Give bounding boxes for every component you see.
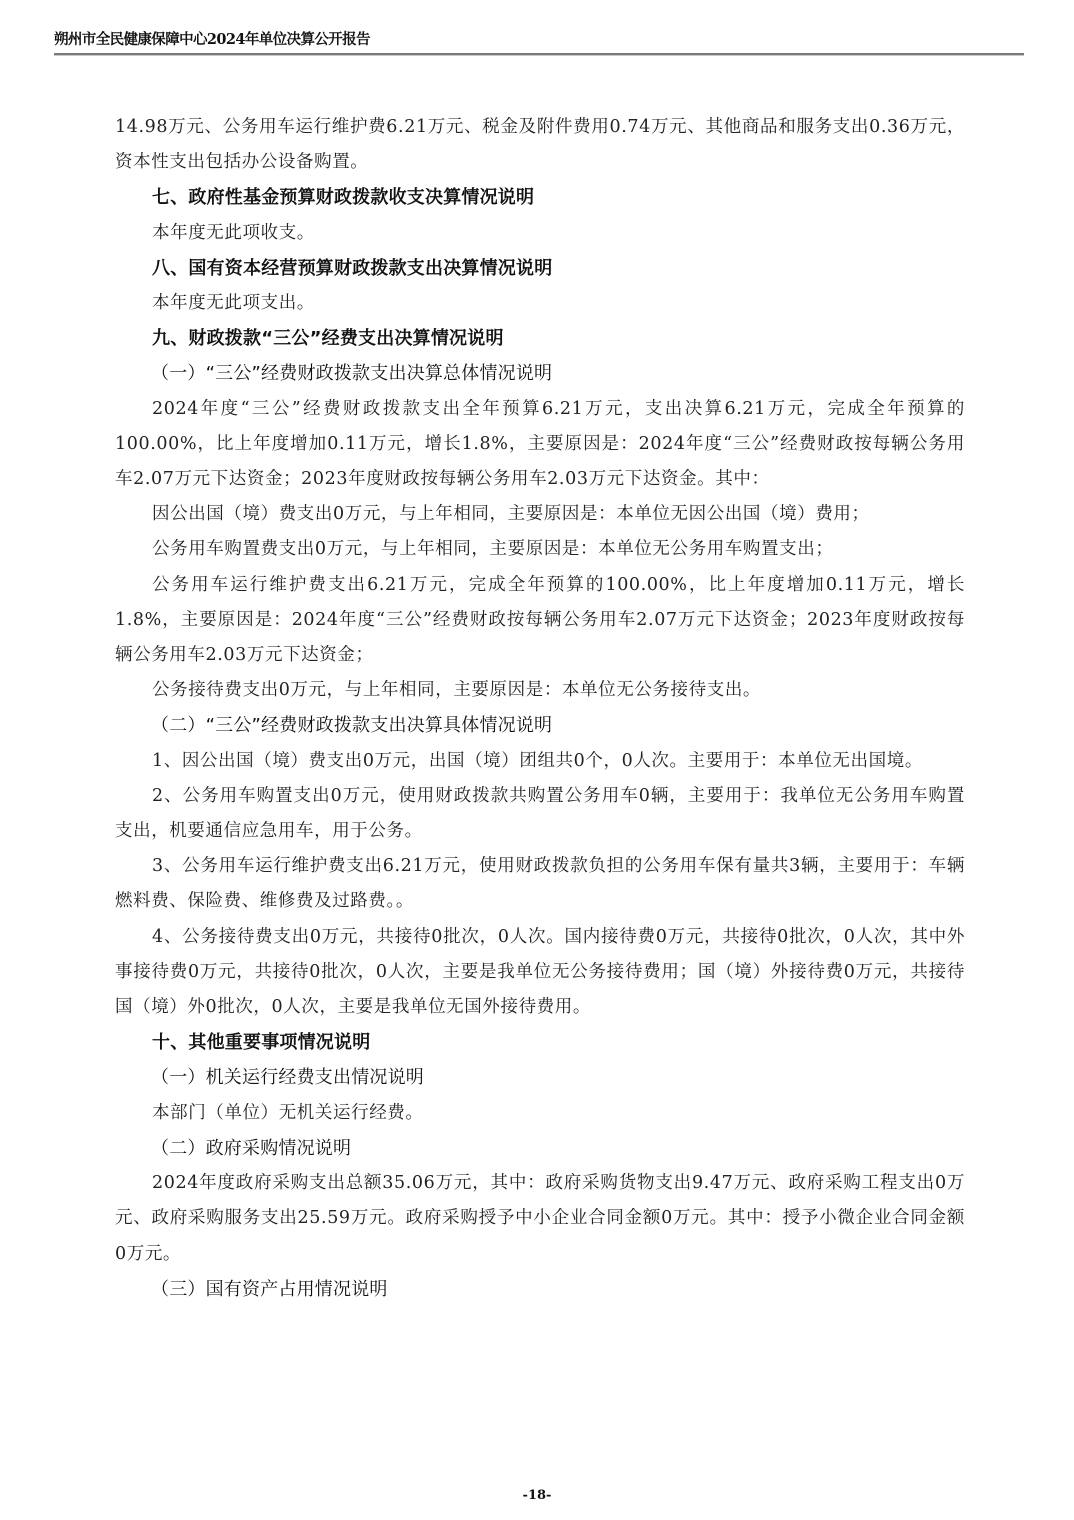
subsection-heading: （一）机关运行经费支出情况说明 bbox=[115, 1060, 965, 1095]
section-heading-8: 八、国有资本经营预算财政拨款支出决算情况说明 bbox=[115, 251, 965, 286]
subsection-heading: （二）“三公”经费财政拨款支出决算具体情况说明 bbox=[115, 708, 965, 743]
report-title: 朔州市全民健康保障中心2024年单位决算公开报告 bbox=[54, 30, 1024, 50]
paragraph: 本部门（单位）无机关运行经费。 bbox=[115, 1096, 965, 1131]
page-number: -18- bbox=[0, 1488, 1074, 1503]
running-header: 朔州市全民健康保障中心2024年单位决算公开报告 bbox=[54, 30, 1024, 56]
paragraph: 公务用车运行维护费支出6.21万元，完成全年预算的100.00%，比上年度增加0… bbox=[115, 568, 965, 674]
paragraph: 2024年度政府采购支出总额35.06万元，其中：政府采购货物支出9.47万元、… bbox=[115, 1166, 965, 1272]
header-divider bbox=[54, 53, 1024, 56]
paragraph: 因公出国（境）费支出0万元，与上年相同，主要原因是：本单位无因公出国（境）费用； bbox=[115, 497, 965, 532]
section-heading-7: 七、政府性基金预算财政拨款收支决算情况说明 bbox=[115, 180, 965, 215]
section-heading-10: 十、其他重要事项情况说明 bbox=[115, 1025, 965, 1060]
list-item: 4、公务接待费支出0万元，共接待0批次，0人次。国内接待费0万元，共接待0批次，… bbox=[115, 920, 965, 1026]
list-item: 3、公务用车运行维护费支出6.21万元，使用财政拨款负担的公务用车保有量共3辆，… bbox=[115, 849, 965, 919]
list-item: 2、公务用车购置支出0万元，使用财政拨款共购置公务用车0辆，主要用于：我单位无公… bbox=[115, 779, 965, 849]
paragraph: 2024年度“三公”经费财政拨款支出全年预算6.21万元，支出决算6.21万元，… bbox=[115, 392, 965, 498]
subsection-heading: （二）政府采购情况说明 bbox=[115, 1131, 965, 1166]
paragraph: 公务用车购置费支出0万元，与上年相同，主要原因是：本单位无公务用车购置支出； bbox=[115, 532, 965, 567]
document-body: 14.98万元、公务用车运行维护费6.21万元、税金及附件费用0.74万元、其他… bbox=[115, 110, 965, 1307]
paragraph: 本年度无此项收支。 bbox=[115, 216, 965, 251]
list-item: 1、因公出国（境）费支出0万元，出国（境）团组共0个，0人次。主要用于：本单位无… bbox=[115, 744, 965, 779]
subsection-heading: （一）“三公”经费财政拨款支出决算总体情况说明 bbox=[115, 356, 965, 391]
paragraph: 本年度无此项支出。 bbox=[115, 286, 965, 321]
paragraph: 公务接待费支出0万元，与上年相同，主要原因是：本单位无公务接待支出。 bbox=[115, 673, 965, 708]
section-heading-9: 九、财政拨款“三公”经费支出决算情况说明 bbox=[115, 321, 965, 356]
subsection-heading: （三）国有资产占用情况说明 bbox=[115, 1272, 965, 1307]
paragraph-expense-continuation: 14.98万元、公务用车运行维护费6.21万元、税金及附件费用0.74万元、其他… bbox=[115, 110, 965, 180]
